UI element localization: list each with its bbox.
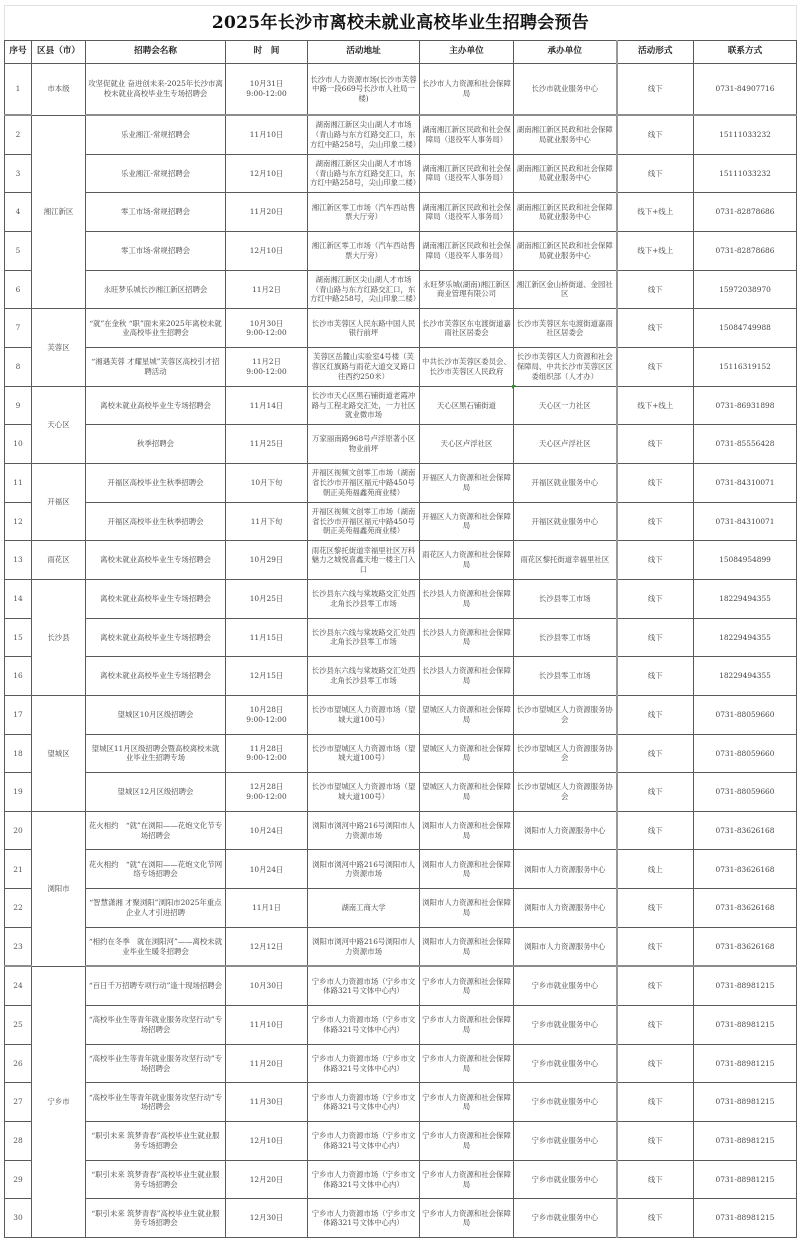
row-form: 线下+线上 <box>617 193 694 232</box>
row-form: 线下 <box>617 309 694 348</box>
table-row: 5零工市场-常规招聘会12月10日湘江新区零工市场（汽车西站售票大厅旁）湖南湘江… <box>5 231 797 270</box>
header-fair-name: 招聘会名称 <box>86 41 226 64</box>
table-row: 14长沙县离校未就业高校毕业生专场招聘会10月25日长沙县东六线与棠坡路交汇处西… <box>5 579 797 618</box>
row-organizer: 湖南湘江新区民政和社会保障局就业服务中心 <box>514 115 617 154</box>
row-host: 宁乡市人力资源和社会保障局 <box>420 1160 514 1199</box>
row-address: 长沙县东六线与棠坡路交汇处西北角长沙县零工市场 <box>308 657 420 696</box>
row-fair-name: “职引未来 筑梦青春”高校毕业生就业服务专场招聘会 <box>86 1122 226 1161</box>
row-host: 宁乡市人力资源和社会保障局 <box>420 1122 514 1161</box>
row-time: 10月25日 <box>226 579 308 618</box>
row-fair-name: 开福区高校毕业生秋季招聘会 <box>86 463 226 502</box>
row-form: 线下 <box>617 115 694 154</box>
row-host: 雨花区人力资源和社会保障局 <box>420 541 514 580</box>
table-row: 13雨花区离校未就业高校毕业生专场招聘会10月29日雨花区黎托街道幸福里社区万科… <box>5 541 797 580</box>
table-row: 26“高校毕业生等青年就业服务攻坚行动”专场招聘会11月20日宁乡市人力资源市场… <box>5 1044 797 1083</box>
row-host: 开福区人力资源和社会保障局 <box>420 463 514 502</box>
row-form: 线下 <box>617 541 694 580</box>
row-form: 线下 <box>617 347 694 386</box>
row-form: 线下 <box>617 1160 694 1199</box>
row-seq: 24 <box>5 966 32 1005</box>
row-host: 浏阳市人力资源和社会保障局 <box>420 811 514 850</box>
row-fair-name: 乐业湘江-常规招聘会 <box>86 115 226 154</box>
row-district: 长沙县 <box>32 579 86 695</box>
row-organizer: 浏阳市人力资源服务中心 <box>514 927 617 966</box>
table-row: 25“高校毕业生等青年就业服务攻坚行动”专场招聘会11月10日宁乡市人力资源市场… <box>5 1006 797 1045</box>
row-seq: 5 <box>5 231 32 270</box>
row-fair-name: 花火相约 “就”在浏阳——花炮文化节专场招聘会 <box>86 811 226 850</box>
row-address: 宁乡市人力资源市场（宁乡市文体路321号文体中心内） <box>308 1006 420 1045</box>
row-address: 芙蓉区岳麓山实验室4号楼（芙蓉区红旗路与雨花大道交叉路口往西约250米） <box>308 347 420 386</box>
table-row: 3乐业湘江-常规招聘会12月10日湖南湘江新区尖山湖人才市场（青山路与东方红路交… <box>5 154 797 193</box>
row-district: 浏阳市 <box>32 811 86 966</box>
row-organizer: 长沙市望城区人力资源服务协会 <box>514 773 617 812</box>
row-time: 10月下旬 <box>226 463 308 502</box>
row-contact: 0731-88059660 <box>694 695 797 734</box>
row-seq: 8 <box>5 347 32 386</box>
row-seq: 10 <box>5 425 32 464</box>
table-row: 2湘江新区乐业湘江-常规招聘会11月10日湖南湘江新区尖山湖人才市场（青山路与东… <box>5 115 797 154</box>
row-address: 湘江新区零工市场（汽车西站售票大厅旁） <box>308 193 420 232</box>
row-form: 线下 <box>617 1044 694 1083</box>
row-form: 线下+线上 <box>617 386 694 425</box>
row-contact: 15111033232 <box>694 154 797 193</box>
row-contact: 0731-88981215 <box>694 966 797 1005</box>
row-time: 11月20日 <box>226 1044 308 1083</box>
row-time: 11月15日 <box>226 618 308 657</box>
row-time: 10月30日 <box>226 966 308 1005</box>
row-time: 11月28日 9:00-12:00 <box>226 734 308 773</box>
table-row: 20浏阳市花火相约 “就”在浏阳——花炮文化节专场招聘会10月24日浏阳市浏河中… <box>5 811 797 850</box>
row-form: 线下 <box>617 966 694 1005</box>
row-organizer: 长沙县零工市场 <box>514 657 617 696</box>
row-contact: 0731-82878686 <box>694 193 797 232</box>
row-time: 10月28日 9:00-12:00 <box>226 695 308 734</box>
table-row: 6永旺梦乐城长沙湘江新区招聘会11月2日湖南湘江新区尖山湖人才市场（青山路与东方… <box>5 270 797 309</box>
row-organizer: 宁乡市就业服务中心 <box>514 1006 617 1045</box>
row-fair-name: 离校未就业高校毕业生专场招聘会 <box>86 657 226 696</box>
row-organizer: 长沙市望城区人力资源服务协会 <box>514 734 617 773</box>
row-fair-name: 乐业湘江-常规招聘会 <box>86 154 226 193</box>
header-form: 活动形式 <box>617 41 694 64</box>
row-form: 线下 <box>617 734 694 773</box>
row-seq: 2 <box>5 115 32 154</box>
row-address: 长沙市望城区人力资源市场（望城大道100号） <box>308 773 420 812</box>
row-form: 线下 <box>617 695 694 734</box>
row-organizer: 湖南湘江新区民政和社会保障局就业服务中心 <box>514 154 617 193</box>
row-time: 12月10日 <box>226 1122 308 1161</box>
row-host: 浏阳市人力资源和社会保障局 <box>420 850 514 889</box>
row-time: 10月24日 <box>226 811 308 850</box>
row-form: 线下 <box>617 1122 694 1161</box>
table-row: 8“湘遇芙蓉 才耀星城”芙蓉区高校引才招聘活动11月2日 9:00-12:00芙… <box>5 347 797 386</box>
row-fair-name: 离校未就业高校毕业生专场招聘会 <box>86 386 226 425</box>
row-time: 10月31日 9:00-12:00 <box>226 64 308 116</box>
row-organizer: 宁乡市就业服务中心 <box>514 1160 617 1199</box>
row-contact: 0731-84907716 <box>694 64 797 116</box>
row-form: 线下 <box>617 889 694 928</box>
row-address: 长沙市天心区黑石铺街道老霞冲路与工程北路交汇处，一力社区就业微市场 <box>308 386 420 425</box>
row-form: 线下 <box>617 154 694 193</box>
row-fair-name: 望城区11月区级招聘会暨高校离校未就业毕业生招聘专场 <box>86 734 226 773</box>
row-time: 12月10日 <box>226 231 308 270</box>
row-organizer: 雨花区黎托街道幸福里社区 <box>514 541 617 580</box>
row-time: 11月2日 9:00-12:00 <box>226 347 308 386</box>
row-host: 望城区人力资源和社会保障局 <box>420 773 514 812</box>
row-time: 11月25日 <box>226 425 308 464</box>
table-row: 7芙蓉区“就”在金秋 “职”面未来2025年离校未就业高校毕业生招聘会10月30… <box>5 309 797 348</box>
row-address: 湖南湘江新区尖山湖人才市场（青山路与东方红路交汇口，东方红中路258号，尖山印象… <box>308 115 420 154</box>
row-form: 线下 <box>617 618 694 657</box>
row-organizer: 浏阳市人力资源服务中心 <box>514 850 617 889</box>
header-host: 主办单位 <box>420 41 514 64</box>
row-address: 开福区视频文创零工市场（湖南省长沙市开福区福元中路450号朝正美苑福鑫苑商业楼） <box>308 463 420 502</box>
row-host: 浏阳市人力资源和社会保障局 <box>420 927 514 966</box>
table-row: 17望城区望城区10月区级招聘会10月28日 9:00-12:00长沙市望城区人… <box>5 695 797 734</box>
row-fair-name: “职引未来 筑梦青春”高校毕业生就业服务专场招聘会 <box>86 1199 226 1238</box>
row-seq: 16 <box>5 657 32 696</box>
row-form: 线下 <box>617 657 694 696</box>
row-fair-name: 望城区12月区级招聘会 <box>86 773 226 812</box>
row-host: 长沙市人力资源和社会保障局 <box>420 64 514 116</box>
row-address: 雨花区黎托街道幸福里社区万科魅力之城悦喜鑫天地一楼主门入口 <box>308 541 420 580</box>
row-contact: 0731-88981215 <box>694 1160 797 1199</box>
row-fair-name: “职引未来 筑梦青春”高校毕业生就业服务专场招聘会 <box>86 1160 226 1199</box>
row-address: 长沙市望城区人力资源市场（望城大道100号） <box>308 734 420 773</box>
row-host: 望城区人力资源和社会保障局 <box>420 734 514 773</box>
row-seq: 14 <box>5 579 32 618</box>
row-organizer: 浏阳市人力资源服务中心 <box>514 889 617 928</box>
row-organizer: 长沙市芙蓉区人力资源和社会保障局、中共长沙市芙蓉区区委组织部（人才办） <box>514 347 617 386</box>
row-time: 12月30日 <box>226 1199 308 1238</box>
row-host: 开福区人力资源和社会保障局 <box>420 502 514 541</box>
row-seq: 25 <box>5 1006 32 1045</box>
row-host: 浏阳市人力资源和社会保障局 <box>420 889 514 928</box>
row-seq: 19 <box>5 773 32 812</box>
row-organizer: 天心区卢浮社区 <box>514 425 617 464</box>
row-address: 长沙市望城区人力资源市场（望城大道100号） <box>308 695 420 734</box>
row-time: 12月15日 <box>226 657 308 696</box>
job-fair-schedule-table: 2025年长沙市离校未就业高校毕业生招聘会预告 序号 区县（市） 招聘会名称 时… <box>4 5 797 1238</box>
row-seq: 21 <box>5 850 32 889</box>
row-form: 线下 <box>617 1199 694 1238</box>
page-title: 2025年长沙市离校未就业高校毕业生招聘会预告 <box>5 6 797 41</box>
row-address: 湖南湘江新区尖山湖人才市场（青山路与东方红路交汇口，东方红中路258号，尖山印象… <box>308 270 420 309</box>
row-contact: 0731-82878686 <box>694 231 797 270</box>
row-contact: 0731-88059660 <box>694 773 797 812</box>
row-address: 宁乡市人力资源市场（宁乡市文体路321号文体中心内） <box>308 1044 420 1083</box>
row-organizer: 长沙县零工市场 <box>514 579 617 618</box>
row-address: 长沙县东六线与棠坡路交汇处西北角长沙县零工市场 <box>308 618 420 657</box>
row-address: 开福区视频文创零工市场（湖南省长沙市开福区福元中路450号朝正美苑福鑫苑商业楼） <box>308 502 420 541</box>
row-host: 湖南湘江新区民政和社会保障局（退役军人事务局） <box>420 231 514 270</box>
row-district: 开福区 <box>32 463 86 540</box>
row-form: 线下 <box>617 463 694 502</box>
row-seq: 4 <box>5 193 32 232</box>
row-seq: 7 <box>5 309 32 348</box>
row-fair-name: 零工市场-常规招聘会 <box>86 231 226 270</box>
row-form: 线下 <box>617 1006 694 1045</box>
row-host: 长沙县人力资源和社会保障局 <box>420 579 514 618</box>
row-address: 浏阳市浏河中路216号浏阳市人力资源市场 <box>308 811 420 850</box>
row-form: 线下 <box>617 811 694 850</box>
row-address: 宁乡市人力资源市场（宁乡市文体路321号文体中心内） <box>308 1083 420 1122</box>
row-host: 中共长沙市芙蓉区委员会、长沙市芙蓉区人民政府 <box>420 347 514 386</box>
row-fair-name: 开福区高校毕业生秋季招聘会 <box>86 502 226 541</box>
row-time: 12月28日 9:00-12:00 <box>226 773 308 812</box>
header-seq: 序号 <box>5 41 32 64</box>
table-row: 11开福区开福区高校毕业生秋季招聘会10月下旬开福区视频文创零工市场（湖南省长沙… <box>5 463 797 502</box>
table-row: 22“智慧潇湘 才聚浏阳”浏阳市2025年重点企业人才引进招聘11月1日湖南工商… <box>5 889 797 928</box>
row-time: 10月29日 <box>226 541 308 580</box>
row-fair-name: 花火相约 “就”在浏阳——花炮文化节网络专场招聘会 <box>86 850 226 889</box>
row-time: 12月20日 <box>226 1160 308 1199</box>
row-seq: 15 <box>5 618 32 657</box>
row-seq: 17 <box>5 695 32 734</box>
row-address: 宁乡市人力资源市场（宁乡市文体路321号文体中心内） <box>308 1122 420 1161</box>
row-contact: 18229494355 <box>694 657 797 696</box>
row-time: 11月14日 <box>226 386 308 425</box>
row-fair-name: “高校毕业生等青年就业服务攻坚行动”专场招聘会 <box>86 1006 226 1045</box>
row-time: 11月2日 <box>226 270 308 309</box>
row-time: 12月10日 <box>226 154 308 193</box>
row-contact: 0731-83626168 <box>694 811 797 850</box>
row-contact: 0731-86931898 <box>694 386 797 425</box>
row-address: 长沙市人力资源市场(长沙市芙蓉中路一段669号长沙市人社局一楼) <box>308 64 420 116</box>
row-fair-name: 攻坚促就业 奋进创未来-2025年长沙市离校未就业高校毕业生专场招聘会 <box>86 64 226 116</box>
row-organizer: 湘江新区金山桥街道、金园社区 <box>514 270 617 309</box>
row-seq: 6 <box>5 270 32 309</box>
table-row: 28“职引未来 筑梦青春”高校毕业生就业服务专场招聘会12月10日宁乡市人力资源… <box>5 1122 797 1161</box>
row-fair-name: 离校未就业高校毕业生专场招聘会 <box>86 618 226 657</box>
row-seq: 22 <box>5 889 32 928</box>
row-host: 长沙县人力资源和社会保障局 <box>420 618 514 657</box>
row-host: 湖南湘江新区民政和社会保障局（退役军人事务局） <box>420 154 514 193</box>
row-form: 线下 <box>617 270 694 309</box>
row-contact: 0731-84310071 <box>694 463 797 502</box>
table-row: 10秋季招聘会11月25日万家丽南路968号卢浮原著小区物业前坪天心区卢浮社区天… <box>5 425 797 464</box>
row-form: 线下 <box>617 1083 694 1122</box>
row-contact: 18229494355 <box>694 579 797 618</box>
row-address: 湖南工商大学 <box>308 889 420 928</box>
row-organizer: 湖南湘江新区民政和社会保障局就业服务中心 <box>514 193 617 232</box>
row-host: 宁乡市人力资源和社会保障局 <box>420 1044 514 1083</box>
row-district: 芙蓉区 <box>32 309 86 386</box>
row-fair-name: 秋季招聘会 <box>86 425 226 464</box>
row-organizer: 长沙市芙蓉区东屯渡街道嘉雨社区居委会 <box>514 309 617 348</box>
row-host: 长沙市芙蓉区东屯渡街道嘉雨社区居委会 <box>420 309 514 348</box>
row-contact: 0731-88981215 <box>694 1006 797 1045</box>
row-fair-name: 永旺梦乐城长沙湘江新区招聘会 <box>86 270 226 309</box>
row-organizer: 浏阳市人力资源服务中心 <box>514 811 617 850</box>
row-contact: 0731-83626168 <box>694 850 797 889</box>
row-contact: 0731-88059660 <box>694 734 797 773</box>
table-row: 29“职引未来 筑梦青春”高校毕业生就业服务专场招聘会12月20日宁乡市人力资源… <box>5 1160 797 1199</box>
row-seq: 1 <box>5 64 32 116</box>
row-seq: 13 <box>5 541 32 580</box>
table-row: 23“相约在冬季 就在浏阳河”——离校未就业毕业生暖冬招聘会12月12日浏阳市浏… <box>5 927 797 966</box>
row-time: 11月30日 <box>226 1083 308 1122</box>
row-host: 望城区人力资源和社会保障局 <box>420 695 514 734</box>
table-row: 4零工市场-常规招聘会11月20日湘江新区零工市场（汽车西站售票大厅旁）湖南湘江… <box>5 193 797 232</box>
row-contact: 0731-88981215 <box>694 1044 797 1083</box>
row-contact: 15084954899 <box>694 541 797 580</box>
row-organizer: 天心区一力社区 <box>514 386 617 425</box>
row-form: 线上 <box>617 850 694 889</box>
table-row: 12开福区高校毕业生秋季招聘会11月下旬开福区视频文创零工市场（湖南省长沙市开福… <box>5 502 797 541</box>
row-address: 宁乡市人力资源市场（宁乡市文体路321号文体中心内） <box>308 1160 420 1199</box>
row-contact: 15084749988 <box>694 309 797 348</box>
row-seq: 9 <box>5 386 32 425</box>
row-seq: 12 <box>5 502 32 541</box>
row-contact: 0731-83626168 <box>694 927 797 966</box>
row-address: 浏阳市浏河中路216号浏阳市人力资源市场 <box>308 850 420 889</box>
header-organizer: 承办单位 <box>514 41 617 64</box>
row-organizer: 宁乡市就业服务中心 <box>514 966 617 1005</box>
header-contact: 联系方式 <box>694 41 797 64</box>
row-contact: 18229494355 <box>694 618 797 657</box>
row-contact: 0731-83626168 <box>694 889 797 928</box>
row-organizer: 湖南湘江新区民政和社会保障局就业服务中心 <box>514 231 617 270</box>
row-seq: 11 <box>5 463 32 502</box>
row-address: 湖南湘江新区尖山湖人才市场（青山路与东方红路交汇口，东方红中路258号，尖山印象… <box>308 154 420 193</box>
row-fair-name: “高校毕业生等青年就业服务攻坚行动”专场招聘会 <box>86 1044 226 1083</box>
row-contact: 15116319152 <box>694 347 797 386</box>
row-host: 天心区卢浮社区 <box>420 425 514 464</box>
row-form: 线下 <box>617 425 694 464</box>
row-form: 线下 <box>617 773 694 812</box>
row-fair-name: 离校未就业高校毕业生专场招聘会 <box>86 579 226 618</box>
row-organizer: 长沙市望城区人力资源服务协会 <box>514 695 617 734</box>
row-time: 11月下旬 <box>226 502 308 541</box>
row-fair-name: “就”在金秋 “职”面未来2025年离校未就业高校毕业生招聘会 <box>86 309 226 348</box>
row-host: 天心区黑石铺街道 <box>420 386 514 425</box>
row-organizer: 宁乡市就业服务中心 <box>514 1044 617 1083</box>
row-time: 11月10日 <box>226 1006 308 1045</box>
row-seq: 23 <box>5 927 32 966</box>
table-row: 21花火相约 “就”在浏阳——花炮文化节网络专场招聘会10月24日浏阳市浏河中路… <box>5 850 797 889</box>
row-address: 长沙县东六线与棠坡路交汇处西北角长沙县零工市场 <box>308 579 420 618</box>
row-host: 永旺梦乐城(湖南)湘江新区商业管理有限公司 <box>420 270 514 309</box>
row-contact: 0731-88981215 <box>694 1083 797 1122</box>
row-fair-name: “相约在冬季 就在浏阳河”——离校未就业毕业生暖冬招聘会 <box>86 927 226 966</box>
row-host: 宁乡市人力资源和社会保障局 <box>420 1006 514 1045</box>
row-contact: 0731-88981215 <box>694 1122 797 1161</box>
table-body: 1市本级攻坚促就业 奋进创未来-2025年长沙市离校未就业高校毕业生专场招聘会1… <box>5 64 797 1238</box>
row-time: 10月24日 <box>226 850 308 889</box>
row-address: 长沙市芙蓉区人民东路中国人民银行前坪 <box>308 309 420 348</box>
cell-comment-indicator-icon <box>512 385 516 389</box>
row-address: 宁乡市人力资源市场（宁乡市文体路321号文体中心内） <box>308 966 420 1005</box>
row-host: 湖南湘江新区民政和社会保障局（退役军人事务局） <box>420 193 514 232</box>
row-form: 线下 <box>617 579 694 618</box>
row-address: 湘江新区零工市场（汽车西站售票大厅旁） <box>308 231 420 270</box>
row-fair-name: “高校毕业生等青年就业服务攻坚行动”专场招聘会 <box>86 1083 226 1122</box>
row-fair-name: 望城区10月区级招聘会 <box>86 695 226 734</box>
row-seq: 20 <box>5 811 32 850</box>
row-contact: 15972038970 <box>694 270 797 309</box>
row-fair-name: 零工市场-常规招聘会 <box>86 193 226 232</box>
table-row: 16离校未就业高校毕业生专场招聘会12月15日长沙县东六线与棠坡路交汇处西北角长… <box>5 657 797 696</box>
row-address: 浏阳市浏河中路216号浏阳市人力资源市场 <box>308 927 420 966</box>
table-row: 30“职引未来 筑梦青春”高校毕业生就业服务专场招聘会12月30日宁乡市人力资源… <box>5 1199 797 1238</box>
row-seq: 29 <box>5 1160 32 1199</box>
row-contact: 0731-84310071 <box>694 502 797 541</box>
row-organizer: 宁乡市就业服务中心 <box>514 1199 617 1238</box>
row-host: 长沙县人力资源和社会保障局 <box>420 657 514 696</box>
row-organizer: 宁乡市就业服务中心 <box>514 1122 617 1161</box>
table-row: 1市本级攻坚促就业 奋进创未来-2025年长沙市离校未就业高校毕业生专场招聘会1… <box>5 64 797 116</box>
row-address: 万家丽南路968号卢浮原著小区物业前坪 <box>308 425 420 464</box>
header-time: 时 间 <box>226 41 308 64</box>
row-contact: 15111033232 <box>694 115 797 154</box>
row-organizer: 开福区就业服务中心 <box>514 502 617 541</box>
row-form: 线下 <box>617 927 694 966</box>
row-time: 12月12日 <box>226 927 308 966</box>
row-district: 宁乡市 <box>32 966 86 1237</box>
table-row: 18望城区11月区级招聘会暨高校离校未就业毕业生招聘专场11月28日 9:00-… <box>5 734 797 773</box>
row-host: 宁乡市人力资源和社会保障局 <box>420 1199 514 1238</box>
row-time: 11月1日 <box>226 889 308 928</box>
row-host: 宁乡市人力资源和社会保障局 <box>420 966 514 1005</box>
row-form: 线下 <box>617 502 694 541</box>
table-row: 19望城区12月区级招聘会12月28日 9:00-12:00长沙市望城区人力资源… <box>5 773 797 812</box>
row-fair-name: “湘遇芙蓉 才耀星城”芙蓉区高校引才招聘活动 <box>86 347 226 386</box>
row-host: 宁乡市人力资源和社会保障局 <box>420 1083 514 1122</box>
row-fair-name: “智慧潇湘 才聚浏阳”浏阳市2025年重点企业人才引进招聘 <box>86 889 226 928</box>
row-host: 湖南湘江新区民政和社会保障局（退役军人事务局） <box>420 115 514 154</box>
row-district: 市本级 <box>32 64 86 116</box>
row-seq: 30 <box>5 1199 32 1238</box>
row-district: 望城区 <box>32 695 86 811</box>
row-organizer: 宁乡市就业服务中心 <box>514 1083 617 1122</box>
row-seq: 18 <box>5 734 32 773</box>
header-district: 区县（市） <box>32 41 86 64</box>
table-row: 15离校未就业高校毕业生专场招聘会11月15日长沙县东六线与棠坡路交汇处西北角长… <box>5 618 797 657</box>
row-district: 雨花区 <box>32 541 86 580</box>
header-address: 活动地址 <box>308 41 420 64</box>
row-organizer: 长沙县零工市场 <box>514 618 617 657</box>
row-seq: 26 <box>5 1044 32 1083</box>
row-time: 11月20日 <box>226 193 308 232</box>
row-contact: 0731-88981215 <box>694 1199 797 1238</box>
row-form: 线下+线上 <box>617 231 694 270</box>
row-organizer: 开福区就业服务中心 <box>514 463 617 502</box>
row-seq: 27 <box>5 1083 32 1122</box>
row-district: 湘江新区 <box>32 115 86 309</box>
row-seq: 28 <box>5 1122 32 1161</box>
row-seq: 3 <box>5 154 32 193</box>
row-form: 线下 <box>617 64 694 116</box>
table-row: 27“高校毕业生等青年就业服务攻坚行动”专场招聘会11月30日宁乡市人力资源市场… <box>5 1083 797 1122</box>
row-contact: 0731-85556428 <box>694 425 797 464</box>
header-row: 序号 区县（市） 招聘会名称 时 间 活动地址 主办单位 承办单位 活动形式 联… <box>5 41 797 64</box>
row-time: 11月10日 <box>226 115 308 154</box>
table-row: 24宁乡市“百日千万招聘专项行动”逢十现场招聘会10月30日宁乡市人力资源市场（… <box>5 966 797 1005</box>
row-time: 10月30日 9:00-12:00 <box>226 309 308 348</box>
row-organizer: 长沙市就业服务中心 <box>514 64 617 116</box>
row-fair-name: 离校未就业高校毕业生专场招聘会 <box>86 541 226 580</box>
row-district: 天心区 <box>32 386 86 463</box>
row-fair-name: “百日千万招聘专项行动”逢十现场招聘会 <box>86 966 226 1005</box>
row-address: 宁乡市人力资源市场（宁乡市文体路321号文体中心内） <box>308 1199 420 1238</box>
table-row: 9天心区离校未就业高校毕业生专场招聘会11月14日长沙市天心区黑石铺街道老霞冲路… <box>5 386 797 425</box>
